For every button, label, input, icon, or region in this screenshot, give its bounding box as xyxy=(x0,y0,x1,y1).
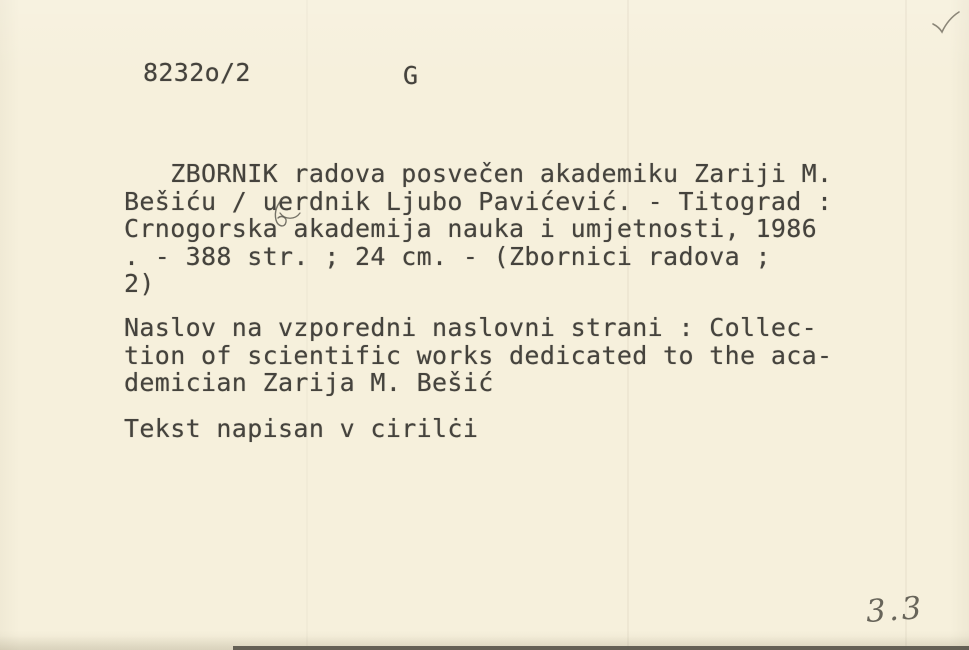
classification-letter: G xyxy=(403,62,418,90)
bibliographic-entry: ZBORNIK radova posvečen akademiku Zariji… xyxy=(124,160,832,298)
paper-crease xyxy=(905,0,907,650)
handwritten-number: 3.3 xyxy=(865,590,926,630)
scan-edge xyxy=(233,646,969,650)
parallel-title-note: Naslov na vzporedni naslovni strani : Co… xyxy=(124,314,832,397)
catalog-card: 8232o/2 G ZBORNIK radova posvečen akadem… xyxy=(0,0,969,650)
accent-mark-icon xyxy=(278,211,302,223)
script-note: Tekst napisan v cirilċi xyxy=(124,415,478,443)
checkmark-icon xyxy=(930,10,962,38)
call-number: 8232o/2 xyxy=(143,59,251,87)
